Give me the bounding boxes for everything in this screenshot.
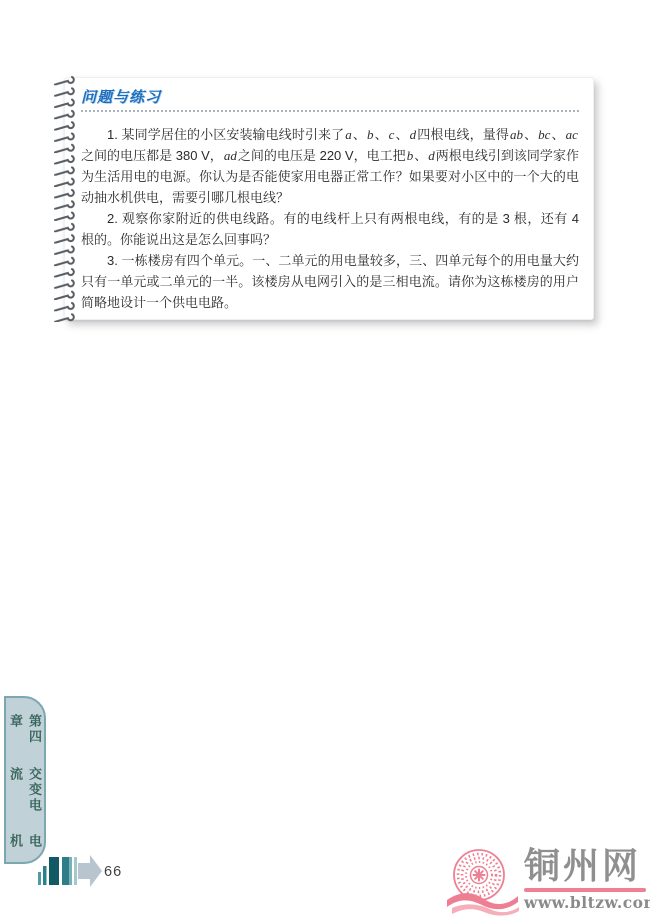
site-url: www.bltzw.com [524,893,646,912]
question-paragraph: 1. 某同学居住的小区安装输电线时引来了a、b、c、d四根电线，量得ab、bc、… [81,124,579,208]
watermark-underline [524,888,646,892]
exercise-box-content: 问题与练习 1. 某同学居住的小区安装输电线时引来了a、b、c、d四根电线，量得… [81,86,579,313]
question-paragraph: 3. 一栋楼房有四个单元。一、二单元的用电量较多，三、四单元每个的用电量大约只有… [81,250,579,313]
question-paragraph: 2. 观察你家附近的供电线路。有的电线杆上只有两根电线，有的是 3 根，还有 4… [81,208,579,250]
page-number: 66 [104,864,122,880]
chapter-label: 第四章 [6,714,44,756]
chapter-tab-text: 第四章 交变电流 电机 [6,698,44,862]
textbook-page: 问题与练习 1. 某同学居住的小区安装输电线时引来了a、b、c、d四根电线，量得… [0,0,650,920]
watermark-logo-icon [446,848,520,916]
section-label: 交变电流 [6,767,44,823]
spiral-binding-icon [50,74,80,322]
question-list: 1. 某同学居住的小区安装输电线时引来了a、b、c、d四根电线，量得ab、bc、… [81,124,579,313]
site-name: 铜州网 [524,848,646,886]
exercise-box: 问题与练习 1. 某同学居住的小区安装输电线时引来了a、b、c、d四根电线，量得… [64,77,594,320]
section-title: 问题与练习 [81,86,579,107]
watermark-text: 铜州网 www.bltzw.com [524,848,646,912]
watermark: 铜州网 www.bltzw.com [446,848,646,916]
chapter-tab: 第四章 交变电流 电机 [4,696,46,864]
dotted-divider [81,110,579,112]
